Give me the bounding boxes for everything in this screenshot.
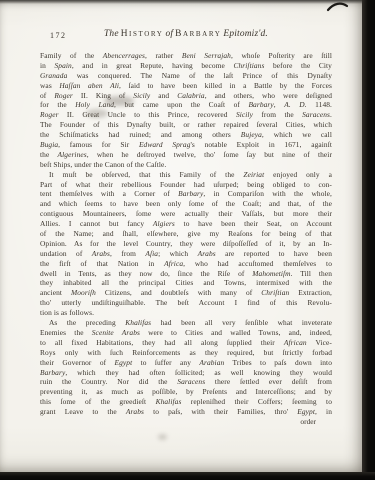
text-line: tion is as follows.: [40, 308, 332, 318]
page-number: 172: [50, 31, 67, 40]
text-line: It muſt be obſerved, that this Family of…: [40, 170, 332, 180]
text-line: ruin the Country. Nor did the Saracens t…: [40, 377, 332, 387]
catchword-row: order: [40, 417, 316, 427]
text-line: Roger II. Great Uncle to this Prince, re…: [40, 110, 332, 120]
text-line: Granada was conquered. The Name of the l…: [40, 71, 332, 81]
catchword: order: [300, 417, 316, 426]
title-part-the: The: [104, 29, 119, 39]
page-title: TheHistoryofBarbaryEpitomiz'd.: [40, 29, 332, 39]
paragraph: It muſt be obſerved, that this Family of…: [40, 170, 332, 318]
text-line: beſt Ships, under the Canon of the Caſtl…: [40, 160, 332, 170]
text-line: ancient Mooriſh Citizens, and doubtleſs …: [40, 288, 332, 298]
scan-edge-bottom: [0, 472, 375, 480]
text-line: undation of Arabs, from Aſia; which Arab…: [40, 249, 332, 259]
text-line: in Spain, and in great Repute, having be…: [40, 61, 332, 71]
scan-smudge: [86, 109, 108, 118]
text-line: the Schiſmaticks had ruined; and among o…: [40, 130, 332, 140]
title-part-of: of: [165, 29, 173, 39]
text-line: tho' utterly undiſtinguiſhable. The beſt…: [40, 298, 332, 308]
text-line: Part of what their rebellious Founder ha…: [40, 180, 332, 190]
text-line: and which ſeems to have been only ſome o…: [40, 199, 332, 209]
text-line: Barbary, which they had often ſollicited…: [40, 368, 332, 378]
scan-smudge: [104, 96, 134, 106]
scan-edge-right: [362, 0, 375, 480]
text-line: to all fixed Habitations, they had all a…: [40, 338, 332, 348]
title-part-history: History: [121, 29, 164, 39]
text-line: of Roger II. King of Sicily and Calabria…: [40, 91, 332, 101]
text-line: Bugia, famous for Sir Edward Sprag's not…: [40, 140, 332, 150]
text-line: The Founder of this Dynaſty built, or ra…: [40, 120, 332, 130]
paragraph: Family of the Abencerrages, rather Beni …: [40, 51, 332, 170]
running-head: 172 TheHistoryofBarbaryEpitomiz'd.: [40, 29, 332, 42]
text-line: As the preceding Khalifas had been all v…: [40, 318, 332, 328]
text-line: Allies. I cannot but fancy Algiers to ha…: [40, 219, 332, 229]
text-line: tent themſelves with a Corner of Barbary…: [40, 189, 332, 199]
text-line: Family of the Abencerrages, rather Beni …: [40, 51, 332, 61]
scan-edge-top: [0, 0, 375, 4]
text-line: Roys only with ſuch Reinforcements as th…: [40, 348, 332, 358]
text-line: Enemies the Scenite Arabs were to Cities…: [40, 328, 332, 338]
text-line: the Algerines, when he deſtroyed twelve,…: [40, 150, 332, 160]
paragraph: As the preceding Khalifas had been all v…: [40, 318, 332, 417]
text-line: of the Name; and ſhall, elſewhere, give …: [40, 229, 332, 239]
text-line: grant Leave to the Arabs to paſs, with t…: [40, 407, 332, 417]
page-text: Family of the Abencerrages, rather Beni …: [40, 51, 332, 417]
text-line: the firſt of that Nation in Africa, who …: [40, 259, 332, 269]
text-line: dwell in Tents, as they now do, ſince th…: [40, 269, 332, 279]
title-part-barbary: Barbary: [175, 29, 221, 39]
ink-mark: [326, 1, 350, 12]
text-line: they inhabited all the principal Cities …: [40, 278, 332, 288]
text-line: preventing it, as much as poſſible, by P…: [40, 387, 332, 397]
text-line: their Governor of Egypt to ſuffer any Ar…: [40, 358, 332, 368]
text-line: was Haſſan aben Ali, ſaid to have been k…: [40, 81, 332, 91]
text-line: for the Holy Land, but came upon the Coa…: [40, 100, 332, 110]
text-line: this ſome of the greedieſt Khalifas repl…: [40, 397, 332, 407]
title-part-epitomizd: Epitomiz'd.: [223, 29, 268, 39]
text-line: Opinion. As for the level Country, they …: [40, 239, 332, 249]
text-line: contiguous Mountaineers, ſome were actua…: [40, 209, 332, 219]
scan-smudge: [158, 434, 167, 440]
book-page-scan: 172 TheHistoryofBarbaryEpitomiz'd. Famil…: [0, 0, 375, 480]
